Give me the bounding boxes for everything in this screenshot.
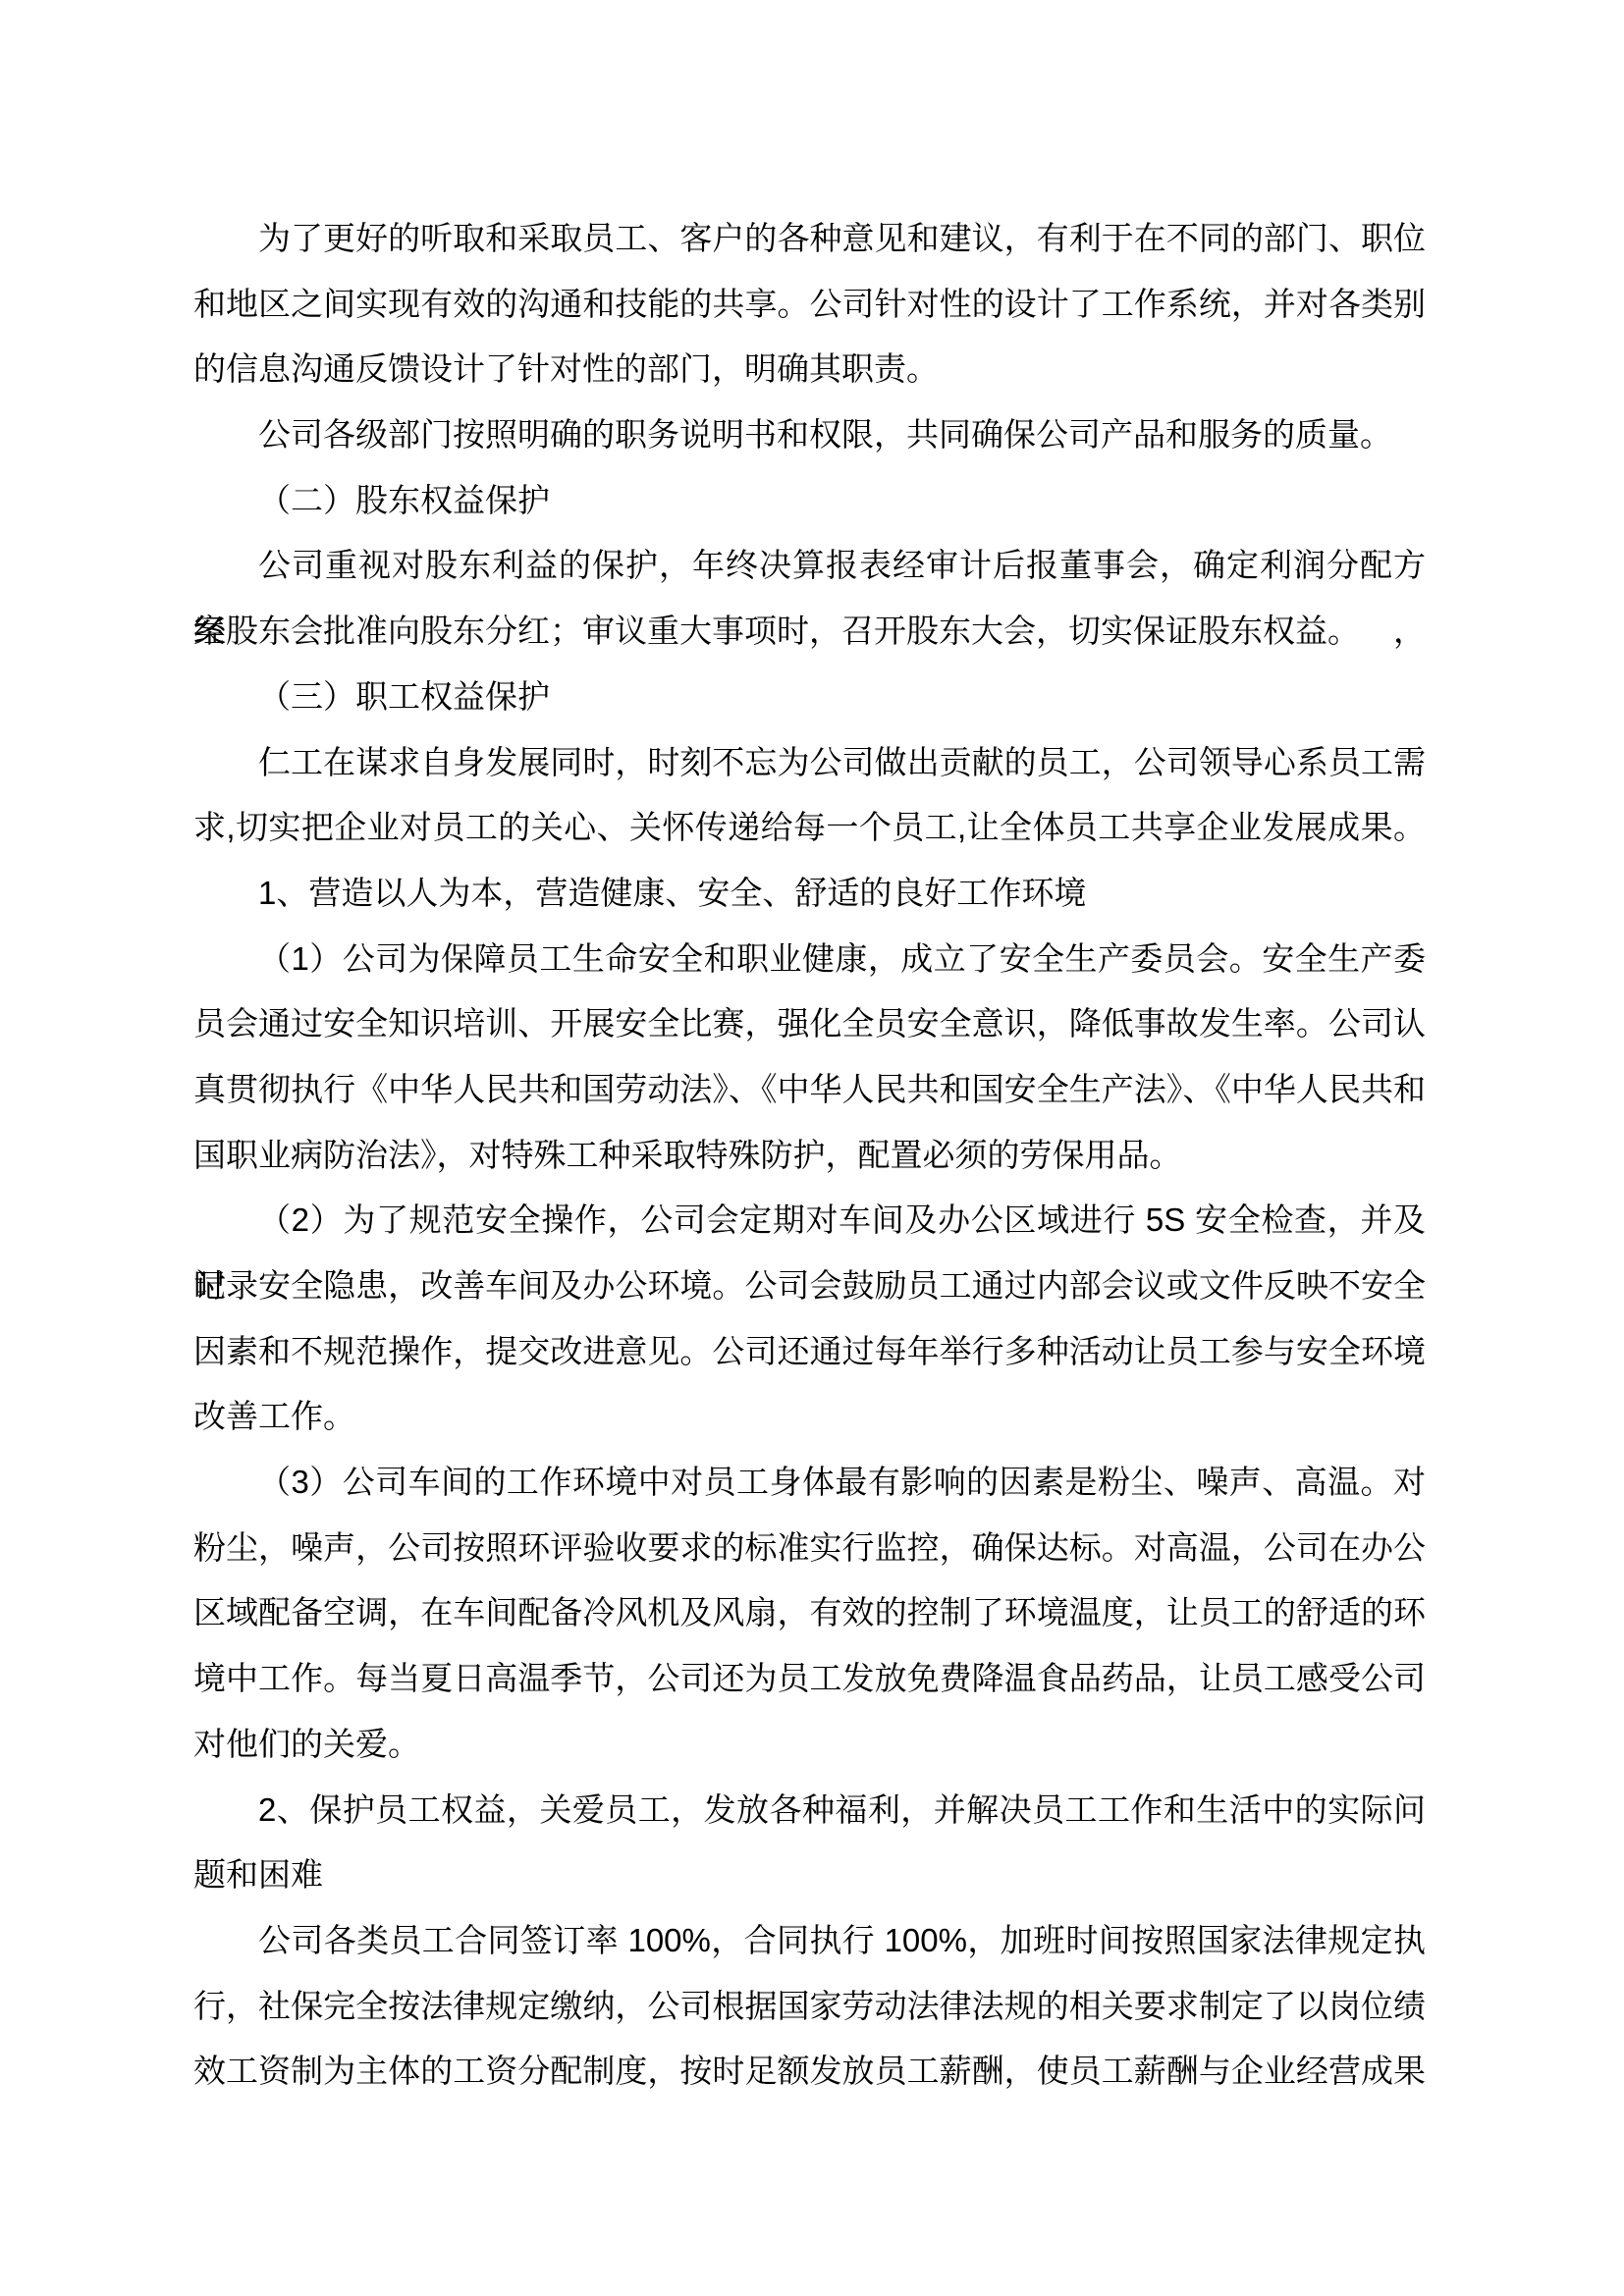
text-line: 和地区之间实现有效的沟通和技能的共享。公司针对性的设计了工作系统，并对各类别 xyxy=(193,272,1426,338)
text-line: 改善工作。 xyxy=(193,1384,1426,1450)
text-line: 国职业病防治法》，对特殊工种采取特殊防护，配置必须的劳保用品。 xyxy=(193,1123,1426,1189)
text-line: 仁工在谋求自身发展同时，时刻不忘为公司做出贡献的员工，公司领导心系员工需 xyxy=(193,730,1426,796)
text-line: 公司重视对股东利益的保护，年终决算报表经审计后报董事会，确定利润分配方案， xyxy=(193,533,1426,599)
text-line: 公司各类员工合同签订率 100%，合同执行 100%，加班时间按照国家法律规定执 xyxy=(193,1908,1426,1974)
text-line: 真贯彻执行《中华人民共和国劳动法》、《中华人民共和国安全生产法》、《中华人民共和 xyxy=(193,1057,1426,1123)
text-line: 效工资制为主体的工资分配制度，按时足额发放员工薪酬，使员工薪酬与企业经营成果 xyxy=(193,2039,1426,2105)
document-page: 为了更好的听取和采取员工、客户的各种意见和建议，有利于在不同的部门、职位和地区之… xyxy=(0,0,1624,2296)
text-line: 记录安全隐患，改善车间及办公环境。公司会鼓励员工通过内部会议或文件反映不安全 xyxy=(193,1254,1426,1319)
text-line: （3）公司车间的工作环境中对员工身体最有影响的因素是粉尘、噪声、高温。对 xyxy=(193,1450,1426,1516)
text-line: 为了更好的听取和采取员工、客户的各种意见和建议，有利于在不同的部门、职位 xyxy=(193,206,1426,272)
document-text-block: 为了更好的听取和采取员工、客户的各种意见和建议，有利于在不同的部门、职位和地区之… xyxy=(193,206,1426,2105)
text-line: 员会通过安全知识培训、开展安全比赛，强化全员安全意识，降低事故发生率。公司认 xyxy=(193,991,1426,1057)
text-line: 行，社保完全按法律规定缴纳，公司根据国家劳动法律法规的相关要求制定了以岗位绩 xyxy=(193,1974,1426,2040)
text-line: 因素和不规范操作，提交改进意见。公司还通过每年举行多种活动让员工参与安全环境 xyxy=(193,1319,1426,1385)
text-line: 经股东会批准向股东分红；审议重大事项时，召开股东大会，切实保证股东权益。 xyxy=(193,599,1426,665)
text-line: （1）公司为保障员工生命安全和职业健康，成立了安全生产委员会。安全生产委 xyxy=(193,927,1426,992)
text-line: 题和困难 xyxy=(193,1842,1426,1908)
text-line: 区域配备空调，在车间配备冷风机及风扇，有效的控制了环境温度，让员工的舒适的环 xyxy=(193,1580,1426,1646)
text-line: 境中工作。每当夏日高温季节，公司还为员工发放免费降温食品药品，让员工感受公司 xyxy=(193,1646,1426,1712)
text-line: 粉尘，噪声，公司按照环评验收要求的标准实行监控，确保达标。对高温，公司在办公 xyxy=(193,1516,1426,1581)
text-line: 2、保护员工权益，关爱员工，发放各种福利，并解决员工工作和生活中的实际问 xyxy=(193,1778,1426,1843)
text-line: 求,切实把企业对员工的关心、关怀传递给每一个员工,让全体员工共享企业发展成果。 xyxy=(193,795,1426,861)
text-line: （二）股东权益保护 xyxy=(193,468,1426,534)
text-line: 的信息沟通反馈设计了针对性的部门，明确其职责。 xyxy=(193,337,1426,402)
text-line: 对他们的关爱。 xyxy=(193,1712,1426,1778)
text-line: （三）职工权益保护 xyxy=(193,665,1426,730)
text-line: 1、营造以人为本，营造健康、安全、舒适的良好工作环境 xyxy=(193,861,1426,927)
text-line: 公司各级部门按照明确的职务说明书和权限，共同确保公司产品和服务的质量。 xyxy=(193,402,1426,468)
text-line: （2）为了规范安全操作，公司会定期对车间及办公区域进行 5S 安全检查，并及时 xyxy=(193,1188,1426,1254)
